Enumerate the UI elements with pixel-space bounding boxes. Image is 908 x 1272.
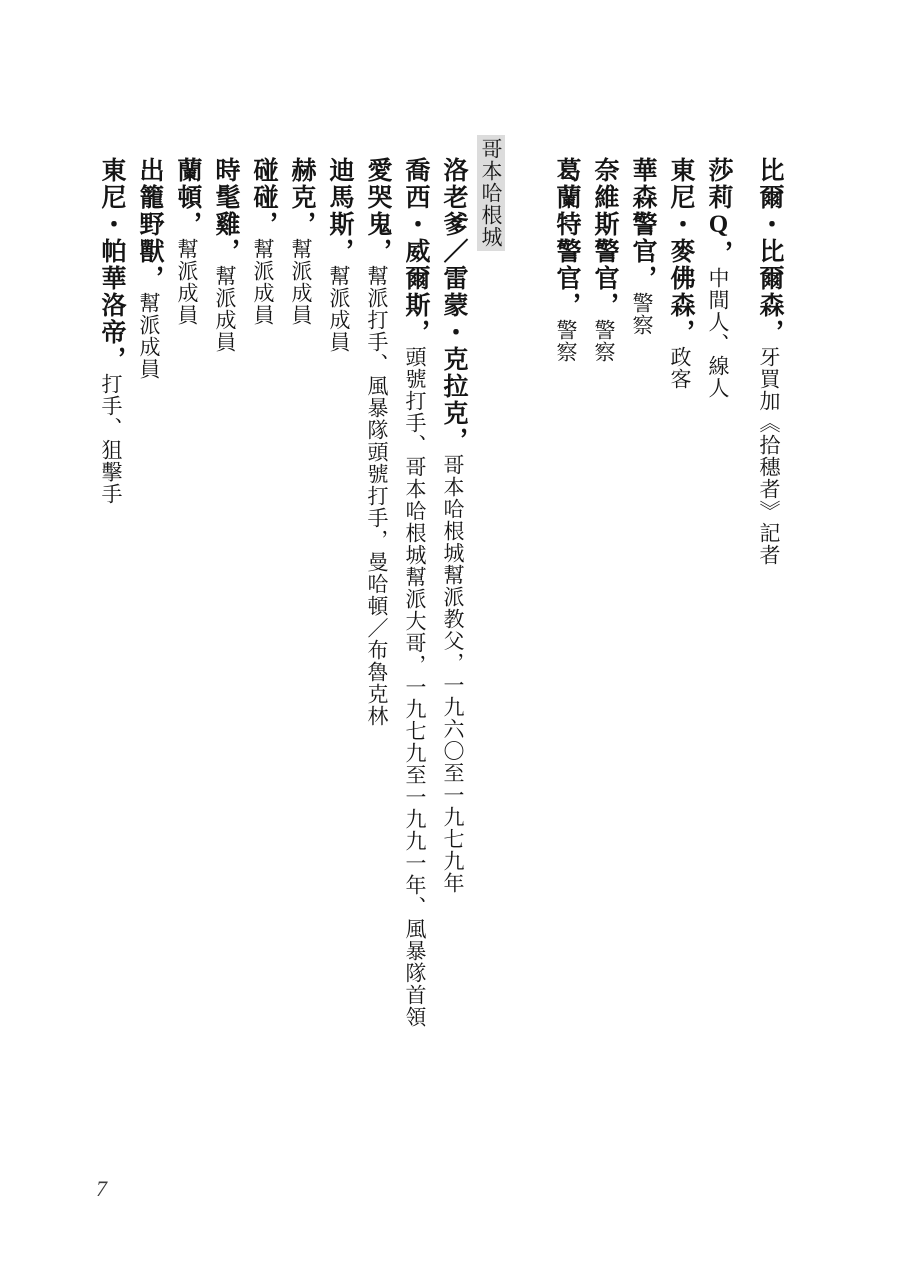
character-name: 奈維斯警官， [591,157,618,319]
page-number: 7 [96,1176,107,1202]
character-description: 幫派成員 [175,238,199,326]
character-name: 葛蘭特警官， [553,157,580,319]
character-name: 赫克， [288,157,315,238]
character-name: 比爾・比爾森， [756,157,783,346]
character-description: 警察 [592,319,616,363]
character-description: 牙買加《拾穗者》記者 [757,346,781,566]
character-entry: 喬西・威爾斯，頭號打手、哥本哈根城幫派大哥，一九七九至一九九一年、風暴隊首領 [396,157,434,1167]
character-name: 出籠野獸， [136,157,163,292]
character-entry: 莎莉Q，中間人、線人 [699,157,737,1167]
character-entry: 碰碰，幫派成員 [244,157,282,1167]
character-description: 中間人、線人 [706,267,730,399]
character-entry: 愛哭鬼，幫派打手、風暴隊頭號打手，曼哈頓／布魯克林 [358,157,396,1167]
cast-list-before-section: 比爾・比爾森，牙買加《拾穗者》記者 莎莉Q，中間人、線人 東尼・麥佛森，政客 華… [547,157,788,1167]
character-entry: 東尼・帕華洛帝，打手、狙擊手 [92,157,130,1167]
character-description: 幫派成員 [213,265,237,353]
character-entry: 奈維斯警官，警察 [585,157,623,1167]
character-description: 打手、狙擊手 [99,373,123,505]
character-name: 東尼・麥佛森， [667,157,694,346]
section-header-line: 哥本哈根城 [472,157,510,1167]
character-entry: 出籠野獸，幫派成員 [130,157,168,1167]
character-entry: 時髦雞，幫派成員 [206,157,244,1167]
character-description: 幫派成員 [327,265,351,353]
character-name: 東尼・帕華洛帝， [98,157,125,373]
character-entry: 比爾・比爾森，牙買加《拾穗者》記者 [750,157,788,1167]
character-name: 蘭頓， [174,157,201,238]
character-name: 喬西・威爾斯， [402,157,429,346]
character-name: 迪馬斯， [326,157,353,265]
character-entry: 迪馬斯，幫派成員 [320,157,358,1167]
character-name: 碰碰， [250,157,277,238]
cast-list-copenhagen-city: 洛老爹／雷蒙・克拉克，哥本哈根城幫派教父，一九六〇至一九七九年 喬西・威爾斯，頭… [92,157,472,1167]
character-description: 警察 [630,292,654,336]
character-entry: 東尼・麥佛森，政客 [661,157,699,1167]
character-entry: 蘭頓，幫派成員 [168,157,206,1167]
character-description: 幫派打手、風暴隊頭號打手，曼哈頓／布魯克林 [365,265,389,727]
character-entry: 赫克，幫派成員 [282,157,320,1167]
character-name: 時髦雞， [212,157,239,265]
character-name: 愛哭鬼， [364,157,391,265]
vertical-text-block: 比爾・比爾森，牙買加《拾穗者》記者 莎莉Q，中間人、線人 東尼・麥佛森，政客 華… [92,157,788,1167]
character-entry: 華森警官，警察 [623,157,661,1167]
character-entry: 洛老爹／雷蒙・克拉克，哥本哈根城幫派教父，一九六〇至一九七九年 [434,157,472,1167]
character-description: 頭號打手、哥本哈根城幫派大哥，一九七九至一九九一年、風暴隊首領 [403,346,427,1028]
character-description: 哥本哈根城幫派教父，一九六〇至一九七九年 [441,454,465,894]
character-name: 莎莉Q， [705,157,732,267]
section-title-highlight: 哥本哈根城 [477,135,505,251]
character-name: 華森警官， [629,157,656,292]
character-name: 洛老爹／雷蒙・克拉克， [440,157,467,454]
character-description: 幫派成員 [137,292,161,380]
character-description: 幫派成員 [251,238,275,326]
character-description: 政客 [668,346,692,390]
character-entry: 葛蘭特警官，警察 [547,157,585,1167]
character-description: 警察 [554,319,578,363]
character-description: 幫派成員 [289,238,313,326]
book-page: 比爾・比爾森，牙買加《拾穗者》記者 莎莉Q，中間人、線人 東尼・麥佛森，政客 華… [0,0,908,1272]
